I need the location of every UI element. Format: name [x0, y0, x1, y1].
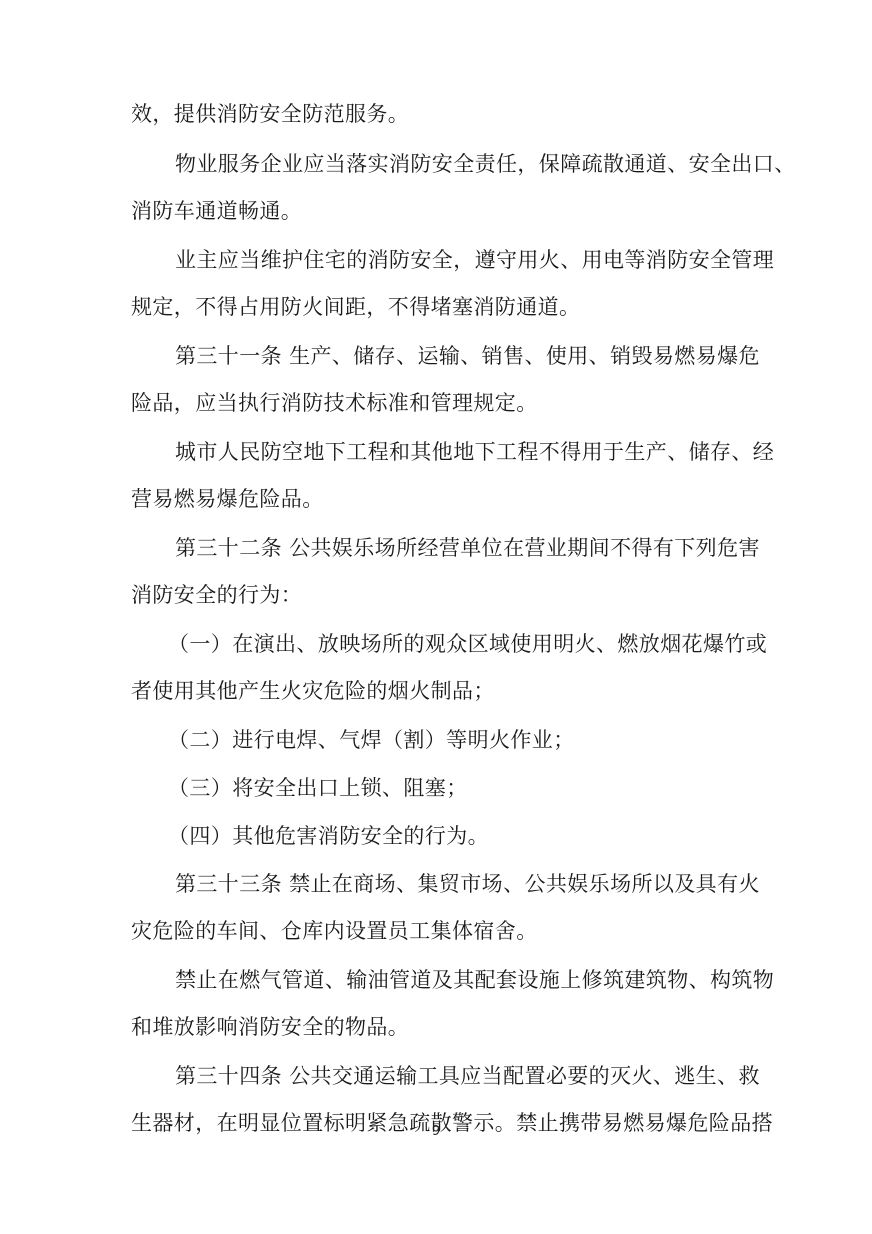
list-item-4: （四）其他危害消防安全的行为。	[168, 822, 489, 850]
text-line: 业主应当维护住宅的消防安全，遵守用火、用电等消防安全管理	[175, 246, 774, 274]
article-34: 第三十四条 公共交通运输工具应当配置必要的灭火、逃生、救	[175, 1062, 760, 1090]
list-item-3: （三）将安全出口上锁、阻塞；	[168, 774, 468, 802]
list-item-1: （一）在演出、放映场所的观众区域使用明火、燃放烟花爆竹或	[168, 630, 767, 658]
text-line: 城市人民防空地下工程和其他地下工程不得用于生产、储存、经	[175, 438, 774, 466]
text-line: 灾危险的车间、仓库内设置员工集体宿舍。	[131, 917, 538, 945]
text-line: 禁止在燃气管道、输油管道及其配套设施上修筑建筑物、构筑物	[175, 966, 774, 994]
list-item-2: （二）进行电焊、气焊（割）等明火作业；	[168, 726, 575, 754]
article-31: 第三十一条 生产、储存、运输、销售、使用、销毁易燃易爆危	[175, 342, 760, 370]
text-line: 消防安全的行为：	[131, 581, 302, 609]
text-line: 物业服务企业应当落实消防安全责任，保障疏散通道、安全出口、	[175, 150, 796, 178]
text-line: 规定，不得占用防火间距，不得堵塞消防通道。	[131, 293, 580, 321]
page-number: 9	[0, 1124, 872, 1139]
document-page: 效，提供消防安全防范服务。 物业服务企业应当落实消防安全责任，保障疏散通道、安全…	[0, 0, 872, 1234]
article-32: 第三十二条 公共娱乐场所经营单位在营业期间不得有下列危害	[175, 534, 760, 562]
article-33: 第三十三条 禁止在商场、集贸市场、公共娱乐场所以及具有火	[175, 870, 760, 898]
text-line: 者使用其他产生火灾危险的烟火制品；	[131, 677, 495, 705]
text-line: 消防车通道畅通。	[131, 197, 302, 225]
text-line: 和堆放影响消防安全的物品。	[131, 1013, 409, 1041]
text-line: 营易燃易爆危险品。	[131, 485, 324, 513]
text-line: 险品，应当执行消防技术标准和管理规定。	[131, 389, 538, 417]
text-line: 效，提供消防安全防范服务。	[131, 100, 409, 128]
